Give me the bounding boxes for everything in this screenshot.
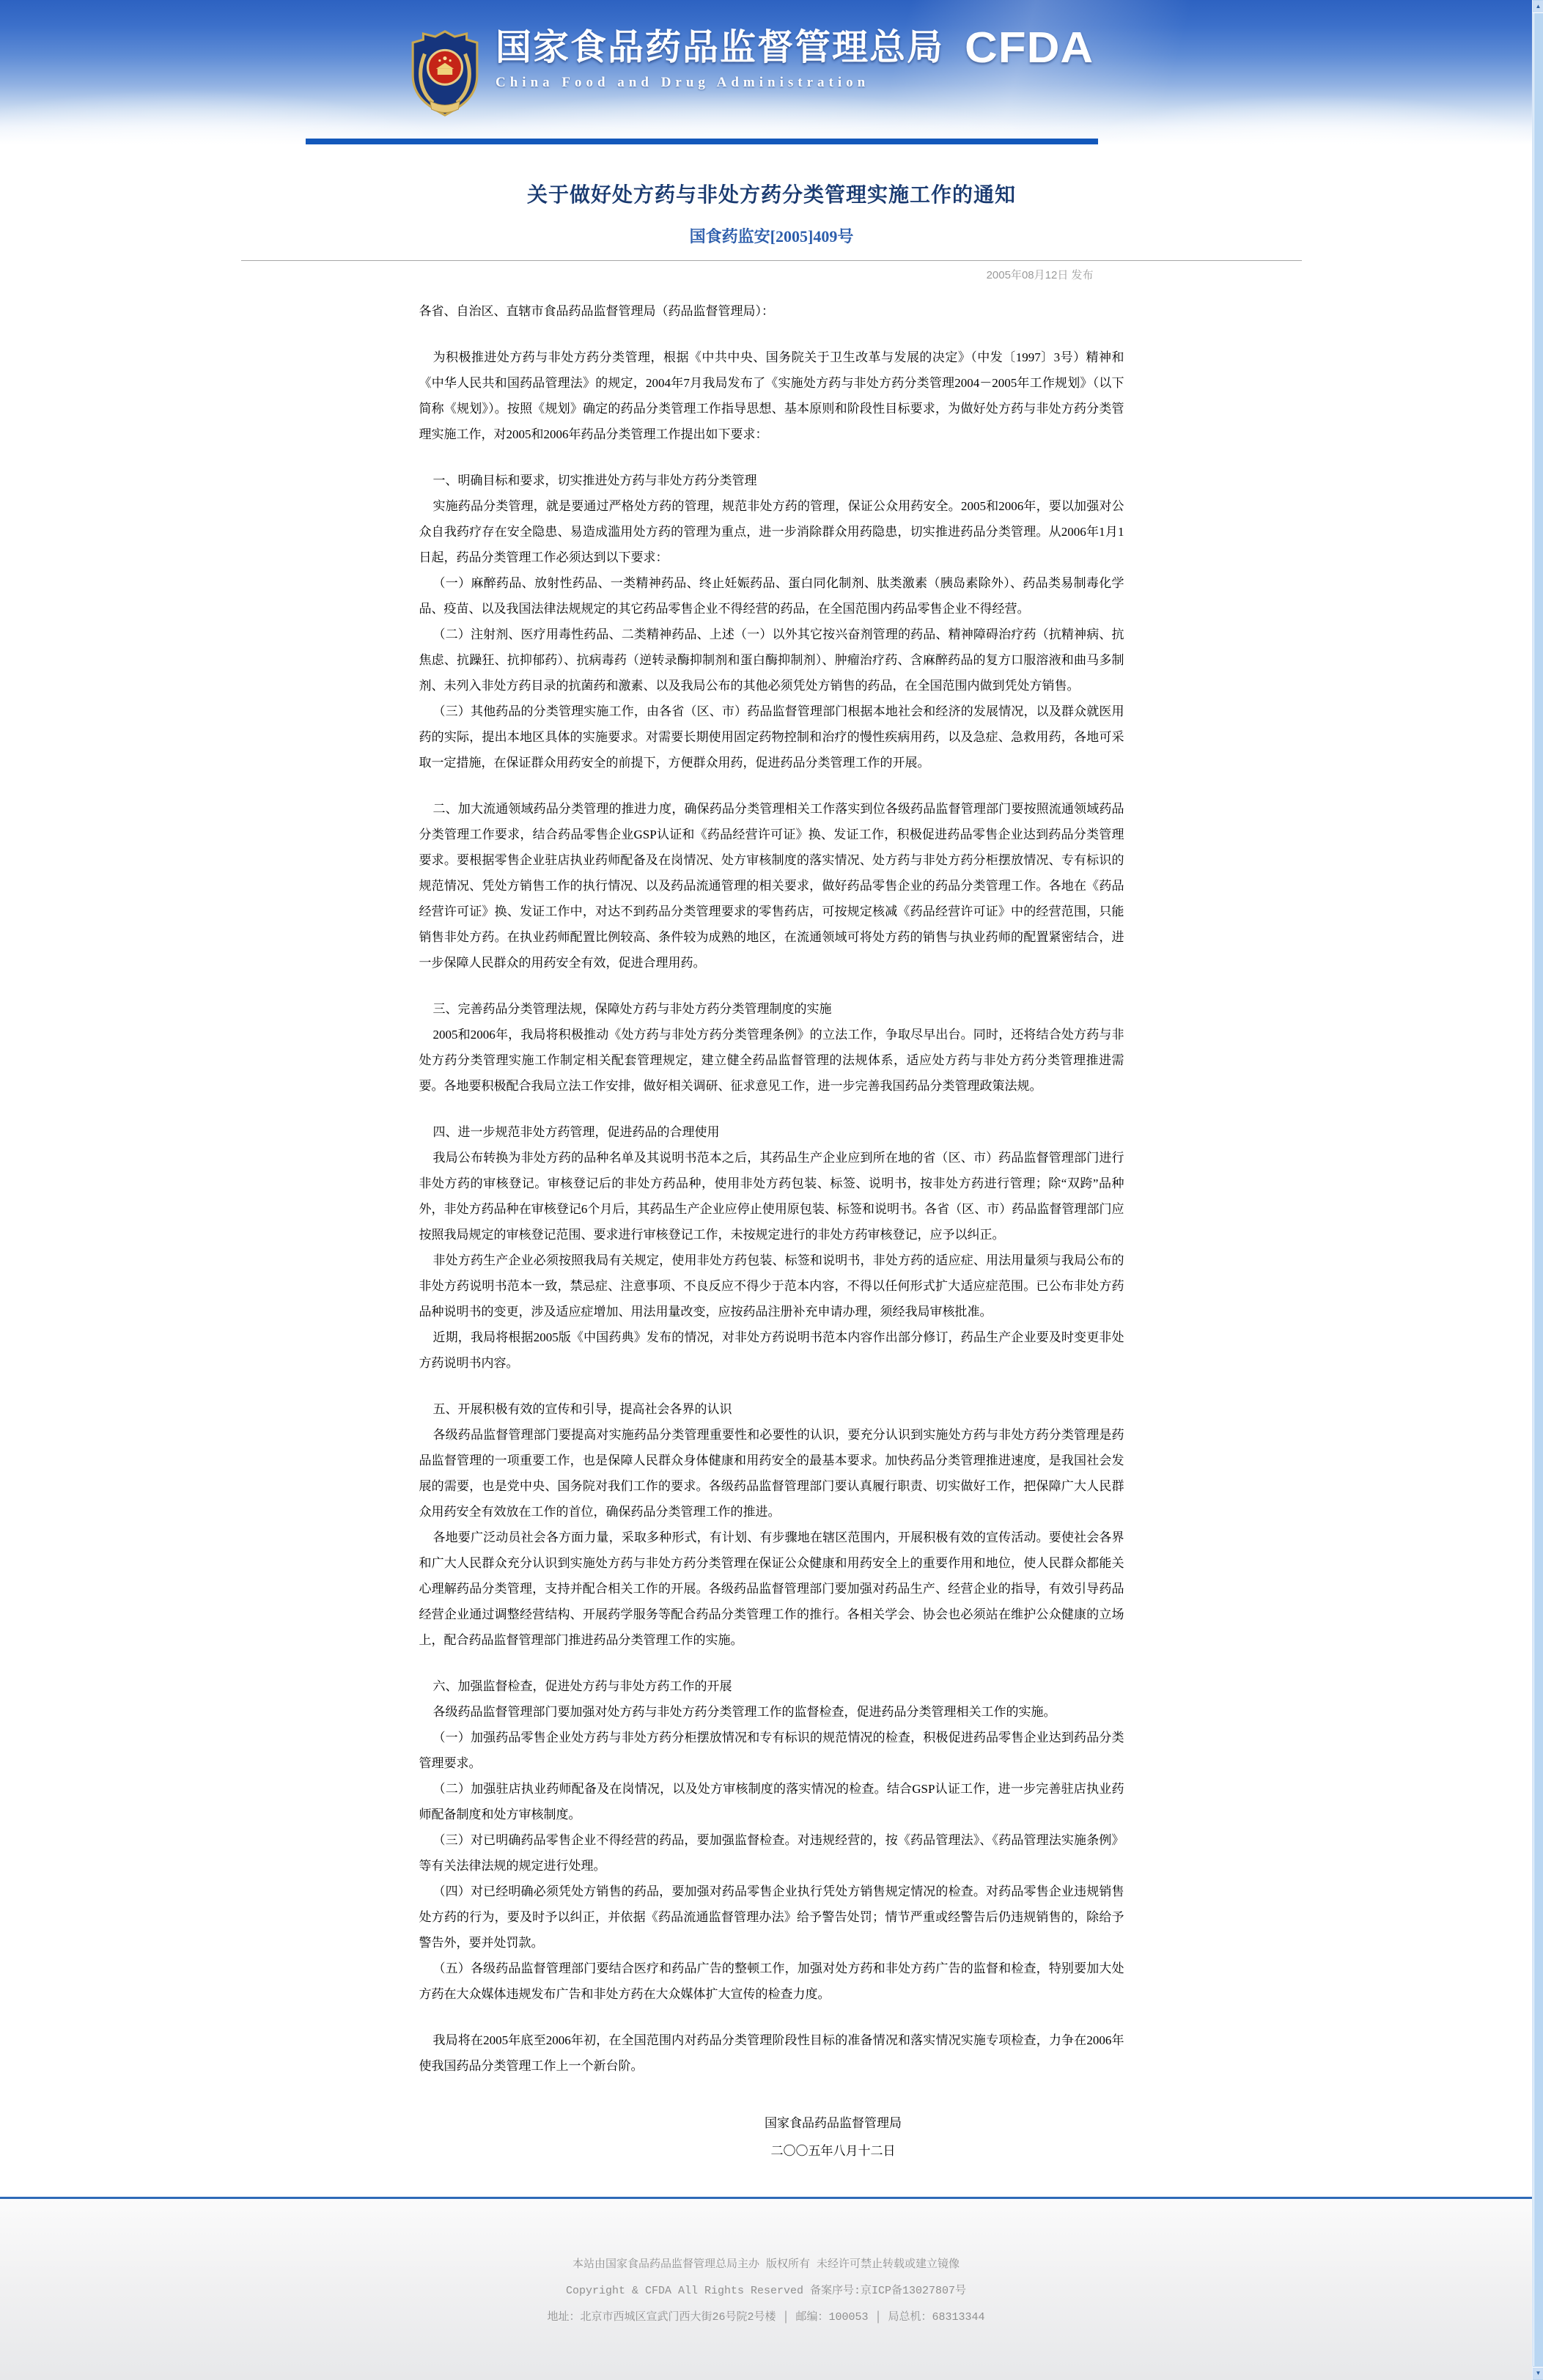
document-number: 国食药监安[2005]409号: [194, 224, 1349, 247]
footer-line: Copyright & CFDA All Rights Reserved 备案序…: [0, 2278, 1532, 2305]
scroll-down-arrow-icon[interactable]: ▼: [1533, 2367, 1543, 2379]
paragraph: 我局公布转换为非处方药的品种名单及其说明书范本之后，其药品生产企业应到所在地的省…: [419, 1145, 1124, 1248]
document-page: 关于做好处方药与非处方药分类管理实施工作的通知 国食药监安[2005]409号 …: [194, 144, 1349, 2165]
footer-line: 本站由国家食品药品监督管理总局主办 版权所有 未经许可禁止转载或建立镜像: [0, 2252, 1532, 2278]
paragraph: （一）加强药品零售企业处方药与非处方药分柜摆放情况和专有标识的规范情况的检查，积…: [419, 1725, 1124, 1776]
document-body: 各省、自治区、直辖市食品药品监督管理局（药品监督管理局）：为积极推进处方药与非处…: [419, 298, 1124, 2079]
paragraph: 各地要广泛动员社会各方面力量，采取多种形式，有计划、有步骤地在辖区范围内，开展积…: [419, 1525, 1124, 1653]
document-title: 关于做好处方药与非处方药分类管理实施工作的通知: [194, 179, 1349, 208]
paragraph: 二、加大流通领域药品分类管理的推进力度，确保药品分类管理相关工作落实到位各级药品…: [419, 796, 1124, 976]
signature-org: 国家食品药品监督管理局: [256, 2110, 1410, 2137]
agency-name-en: China Food and Drug Administration: [496, 75, 1094, 91]
paragraph: 五、开展积极有效的宣传和引导，提高社会各界的认识: [419, 1396, 1124, 1422]
publish-date: 2005年08月12日 发布: [419, 267, 1124, 282]
paragraph: （三）其他药品的分类管理实施工作，由各省（区、市）药品监督管理部门根据本地社会和…: [419, 699, 1124, 775]
header-accent-bar: [306, 139, 1098, 144]
paragraph: 四、进一步规范非处方药管理，促进药品的合理使用: [419, 1119, 1124, 1145]
paragraph: （一）麻醉药品、放射性药品、一类精神药品、终止妊娠药品、蛋白同化制剂、肽类激素（…: [419, 570, 1124, 622]
paragraph: 实施药品分类管理，就是要通过严格处方药的管理，规范非处方药的管理，保证公众用药安…: [419, 493, 1124, 570]
paragraph: 各省、自治区、直辖市食品药品监督管理局（药品监督管理局）：: [419, 298, 1124, 324]
scrollbar-thumb[interactable]: [1533, 13, 1543, 2366]
agency-name-zh: 国家食品药品监督管理总局: [496, 29, 944, 67]
paragraph: 六、加强监督检查，促进处方药与非处方药工作的开展: [419, 1673, 1124, 1699]
title-divider: [241, 260, 1302, 261]
paragraph: 为积极推进处方药与非处方药分类管理，根据《中共中央、国务院关于卫生改革与发展的决…: [419, 345, 1124, 447]
paragraph: 2005和2006年，我局将积极推动《处方药与非处方药分类管理条例》的立法工作，…: [419, 1022, 1124, 1099]
vertical-scrollbar[interactable]: ▲ ▼: [1532, 0, 1543, 2380]
signature-date: 二〇〇五年八月十二日: [256, 2137, 1410, 2165]
footer-lines: 本站由国家食品药品监督管理总局主办 版权所有 未经许可禁止转载或建立镜像Copy…: [0, 2252, 1532, 2331]
brand-text: 国家食品药品监督管理总局 CFDA China Food and Drug Ad…: [496, 29, 1094, 91]
footer-line: 地址：北京市西城区宣武门西大街26号院2号楼 │ 邮编：100053 │ 局总机…: [0, 2305, 1532, 2331]
signature-block: 国家食品药品监督管理局 二〇〇五年八月十二日: [256, 2110, 1410, 2165]
paragraph: （五）各级药品监督管理部门要结合医疗和药品广告的整顿工作，加强对处方药和非处方药…: [419, 1956, 1124, 2007]
paragraph: （三）对已明确药品零售企业不得经营的药品，要加强监督检查。对违规经营的，按《药品…: [419, 1827, 1124, 1879]
agency-abbr: CFDA: [965, 31, 1094, 67]
paragraph: 各级药品监督管理部门要提高对实施药品分类管理重要性和必要性的认识，要充分认识到实…: [419, 1422, 1124, 1525]
paragraph: 各级药品监督管理部门要加强对处方药与非处方药分类管理工作的监督检查，促进药品分类…: [419, 1699, 1124, 1725]
paragraph: 非处方药生产企业必须按照我局有关规定，使用非处方药包装、标签和说明书，非处方药的…: [419, 1248, 1124, 1325]
paragraph: 近期，我局将根据2005版《中国药典》发布的情况，对非处方药说明书范本内容作出部…: [419, 1325, 1124, 1376]
paragraph: （四）对已经明确必须凭处方销售的药品，要加强对药品零售企业执行凭处方销售规定情况…: [419, 1879, 1124, 1956]
site-header: 国家食品药品监督管理总局 CFDA China Food and Drug Ad…: [0, 0, 1532, 144]
paragraph: （二）加强驻店执业药师配备及在岗情况，以及处方审核制度的落实情况的检查。结合GS…: [419, 1776, 1124, 1827]
paragraph: 我局将在2005年底至2006年初，在全国范围内对药品分类管理阶段性目标的准备情…: [419, 2027, 1124, 2079]
paragraph: （二）注射剂、医疗用毒性药品、二类精神药品、上述（一）以外其它按兴奋剂管理的药品…: [419, 622, 1124, 699]
scroll-up-arrow-icon[interactable]: ▲: [1533, 1, 1543, 13]
paragraph: 三、完善药品分类管理法规，保障处方药与非处方药分类管理制度的实施: [419, 996, 1124, 1022]
site-brand: 国家食品药品监督管理总局 CFDA China Food and Drug Ad…: [408, 29, 1094, 117]
paragraph: 一、明确目标和要求，切实推进处方药与非处方药分类管理: [419, 468, 1124, 493]
site-footer: 本站由国家食品药品监督管理总局主办 版权所有 未经许可禁止转载或建立镜像Copy…: [0, 2197, 1532, 2380]
cfda-emblem-icon: [408, 29, 482, 117]
